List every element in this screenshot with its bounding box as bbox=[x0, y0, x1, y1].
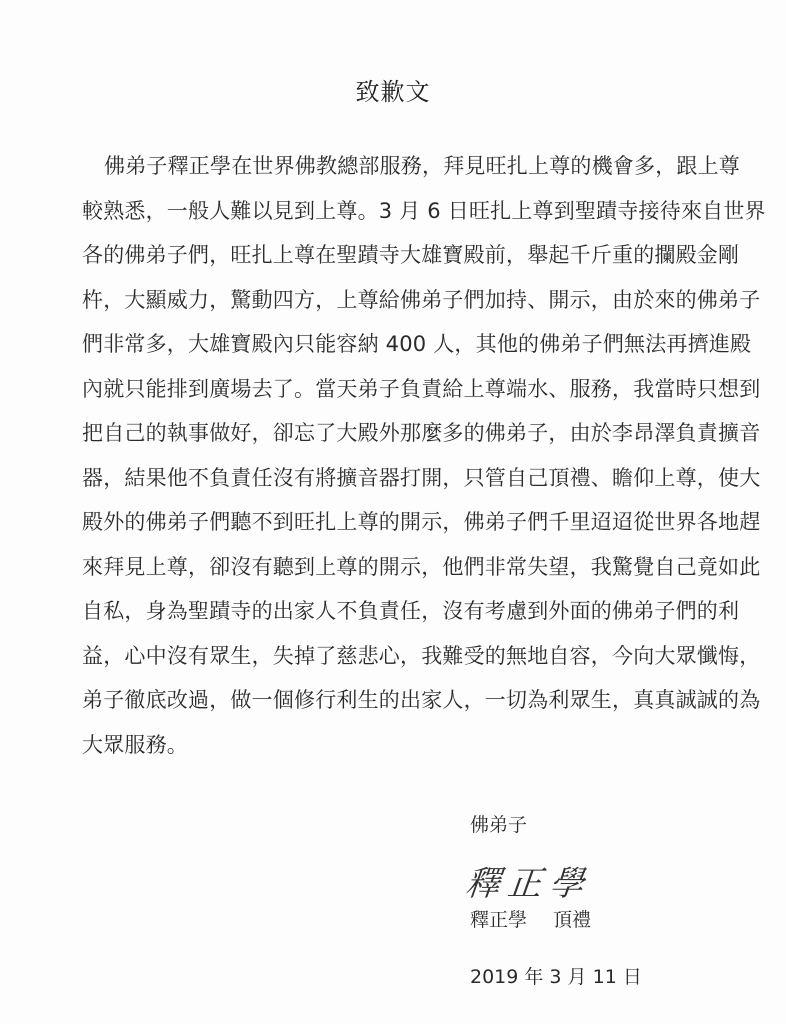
apology-body: 佛弟子釋正學在世界佛教總部服務，拜見旺扎上尊的機會多，跟上尊 較熟悉，一般人難以… bbox=[82, 144, 722, 767]
body-line: 們非常多，大雄寶殿內只能容納 400 人，其他的佛弟子們無法再擠進殿 bbox=[82, 322, 722, 367]
body-line: 來拜見上尊，卻沒有聽到上尊的開示，他們非常失望，我驚覺自己竟如此 bbox=[82, 545, 722, 590]
handwritten-signature: 釋正學 bbox=[463, 856, 644, 905]
body-line: 殿外的佛弟子們聽不到旺扎上尊的開示，佛弟子們千里迢迢從世界各地趕 bbox=[82, 500, 722, 545]
closing-label: 佛弟子 bbox=[470, 812, 642, 838]
body-line: 各的佛弟子們，旺扎上尊在聖蹟寺大雄寶殿前，舉起千斤重的攔殿金剛 bbox=[82, 233, 722, 278]
signer-line: 釋正學頂禮 bbox=[470, 905, 642, 932]
body-line: 把自己的執事做好，卻忘了大殿外那麼多的佛弟子，由於李昂澤負責擴音 bbox=[82, 411, 722, 456]
signer-name: 釋正學 bbox=[470, 909, 527, 931]
document-title: 致歉文 bbox=[0, 72, 786, 107]
body-line: 杵，大顯威力，驚動四方，上尊給佛弟子們加持、開示，由於來的佛弟子 bbox=[82, 278, 722, 323]
body-line: 自私，身為聖蹟寺的出家人不負責任，沒有考慮到外面的佛弟子們的利 bbox=[82, 589, 722, 634]
body-line: 益，心中沒有眾生，失掉了慈悲心，我難受的無地自容，今向大眾懺悔， bbox=[82, 634, 722, 679]
body-line: 器，結果他不負責任沒有將擴音器打開，只管自己頂禮、瞻仰上尊，使大 bbox=[82, 456, 722, 501]
body-line: 佛弟子釋正學在世界佛教總部服務，拜見旺扎上尊的機會多，跟上尊 bbox=[82, 144, 722, 189]
signer-salutation: 頂禮 bbox=[553, 909, 591, 931]
body-line: 大眾服務。 bbox=[82, 723, 722, 768]
document-date: 2019 年 3 月 11 日 bbox=[470, 962, 642, 989]
body-line: 較熟悉，一般人難以見到上尊。3 月 6 日旺扎上尊到聖蹟寺接待來自世界 bbox=[82, 189, 722, 234]
body-line: 弟子徹底改過，做一個修行利生的出家人，一切為利眾生，真真誠誠的為 bbox=[82, 678, 722, 723]
closing-block: 佛弟子 釋正學 釋正學頂禮 2019 年 3 月 11 日 bbox=[470, 812, 642, 989]
body-line: 內就只能排到廣場去了。當天弟子負責給上尊端水、服務，我當時只想到 bbox=[82, 367, 722, 412]
